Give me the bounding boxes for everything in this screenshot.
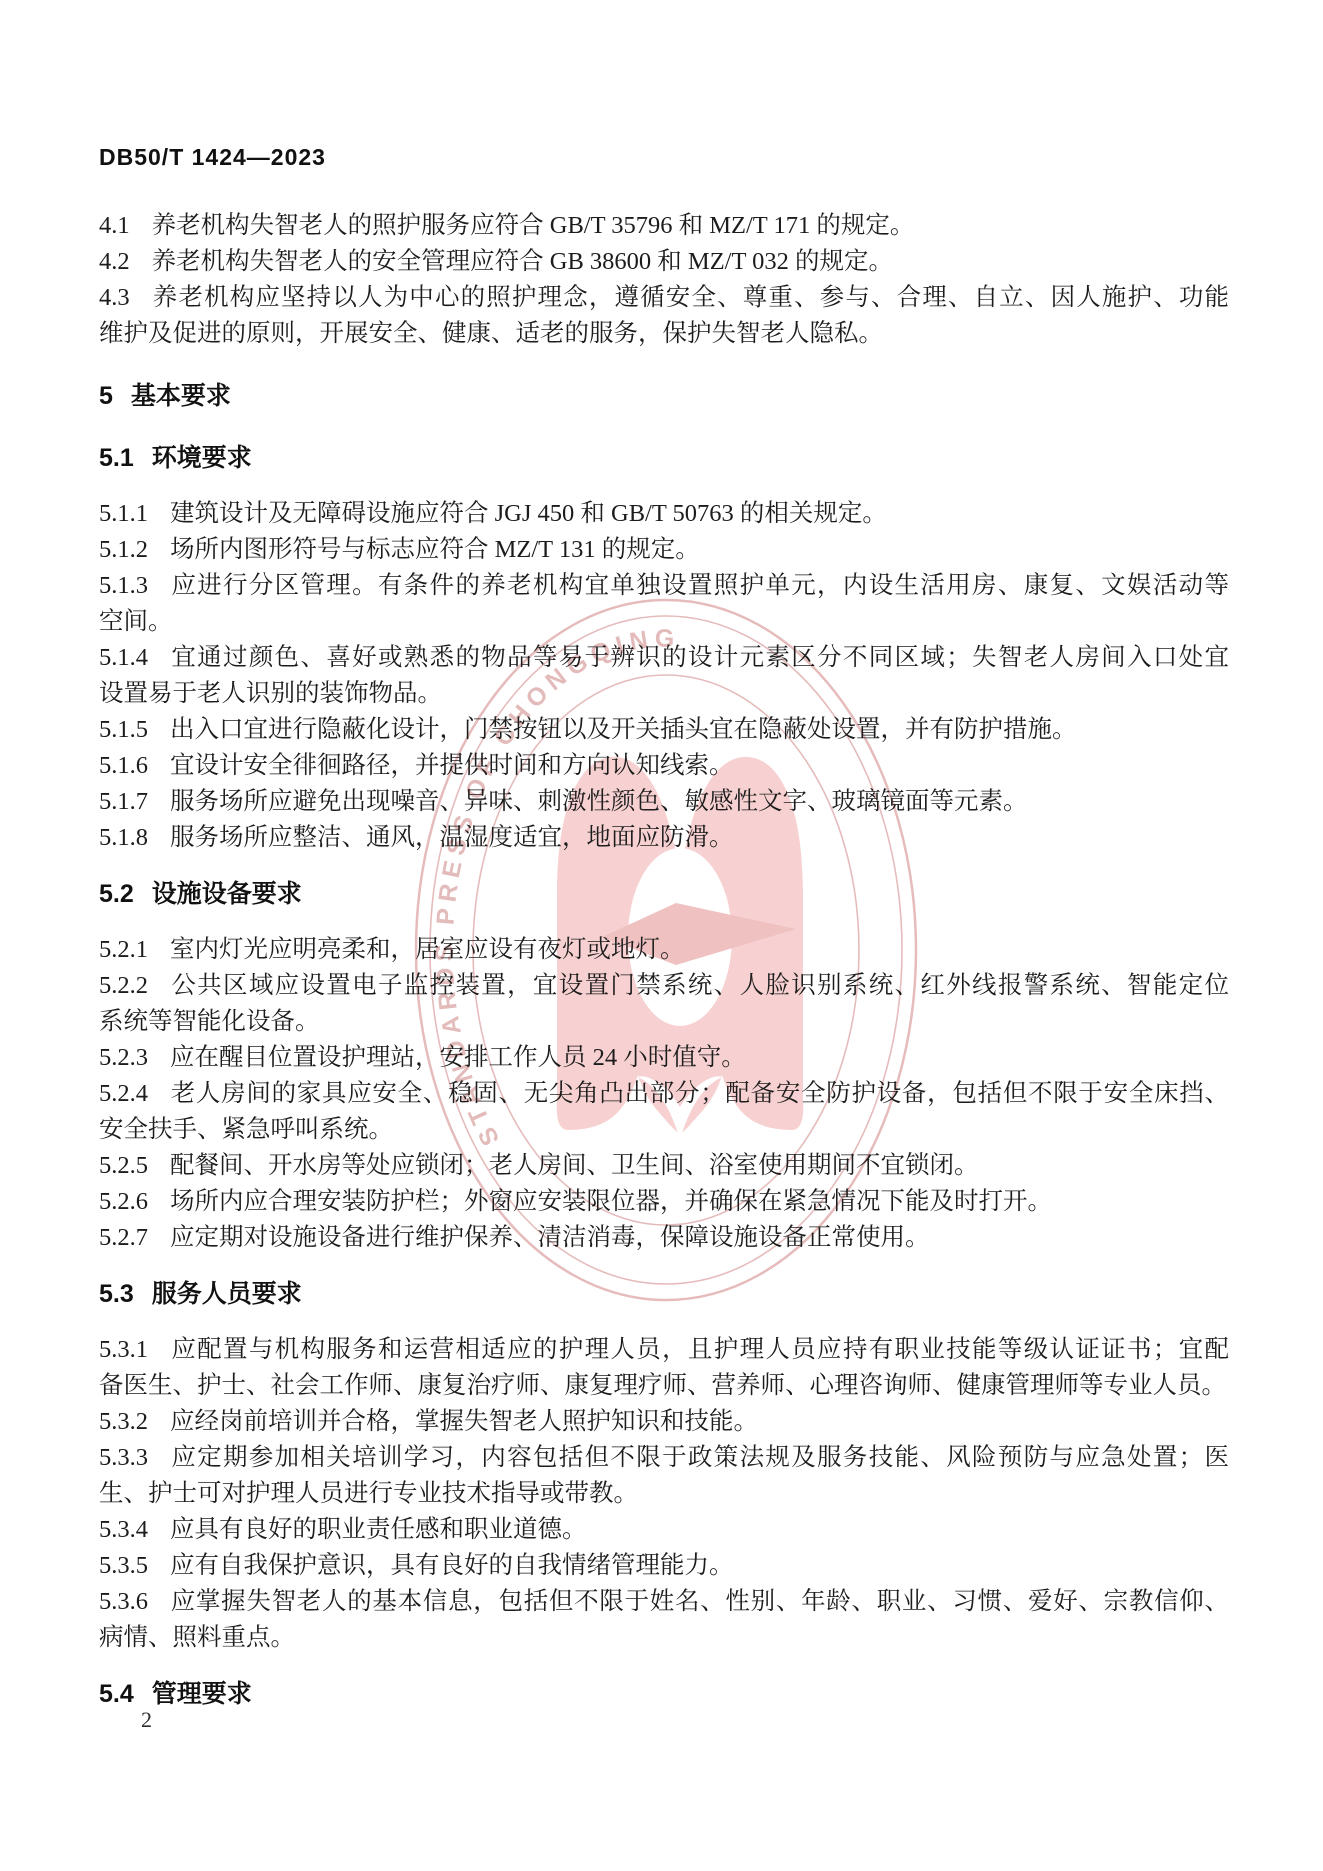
- clause-line: 生、护士可对护理人员进行专业技术指导或带教。: [99, 1476, 1229, 1512]
- section-heading: 5.1环境要求: [99, 440, 1229, 476]
- clause-text: 室内灯光应明亮柔和，居室应设有夜灯或地灯。: [170, 936, 685, 963]
- heading-title: 环境要求: [152, 444, 252, 472]
- heading-title: 设施设备要求: [152, 880, 302, 908]
- clause-text: 应有自我保护意识，具有良好的自我情绪管理能力。: [170, 1552, 734, 1579]
- clause-text: 应定期参加相关培训学习，内容包括但不限于政策法规及服务技能、风险预防与应急处置；…: [170, 1444, 1229, 1471]
- heading-title: 服务人员要求: [152, 1280, 302, 1308]
- clause-text: 维护及促进的原则，开展安全、健康、适老的服务，保护失智老人隐私。: [99, 320, 883, 347]
- clause-number: 5.3.1: [99, 1336, 148, 1363]
- heading-number: 5.4: [99, 1680, 134, 1708]
- clause-number: 4.2: [99, 248, 130, 275]
- clause-text: 应配置与机构服务和运营相适应的护理人员，且护理人员应持有职业技能等级认证证书；宜…: [170, 1336, 1229, 1363]
- clause-line: 5.3.5应有自我保护意识，具有良好的自我情绪管理能力。: [99, 1548, 1229, 1584]
- heading-number: 5.3: [99, 1280, 134, 1308]
- clause-line: 5.3.2应经岗前培训并合格，掌握失智老人照护知识和技能。: [99, 1404, 1229, 1440]
- clause-line: 4.1养老机构失智老人的照护服务应符合 GB/T 35796 和 MZ/T 17…: [99, 208, 1229, 244]
- clause-line: 5.1.2场所内图形符号与标志应符合 MZ/T 131 的规定。: [99, 532, 1229, 568]
- clause-text: 应在醒目位置设护理站，安排工作人员 24 小时值守。: [170, 1044, 746, 1071]
- clause-text: 病情、照料重点。: [99, 1624, 295, 1651]
- clause-text: 服务场所应避免出现噪音、异味、刺激性颜色、敏感性文字、玻璃镜面等元素。: [170, 788, 1028, 815]
- clause-line: 5.1.5出入口宜进行隐蔽化设计，门禁按钮以及开关插头宜在隐蔽处设置，并有防护措…: [99, 712, 1229, 748]
- clause-line: 5.2.1室内灯光应明亮柔和，居室应设有夜灯或地灯。: [99, 932, 1229, 968]
- clause-line: 4.2养老机构失智老人的安全管理应符合 GB 38600 和 MZ/T 032 …: [99, 244, 1229, 280]
- heading-number: 5.2: [99, 880, 134, 908]
- section-heading: 5.4管理要求: [99, 1676, 1229, 1712]
- clause-line: 5.2.5配餐间、开水房等处应锁闭；老人房间、卫生间、浴室使用期间不宜锁闭。: [99, 1148, 1229, 1184]
- heading-title: 基本要求: [131, 382, 231, 410]
- clause-text: 场所内应合理安装防护栏；外窗应安装限位器，并确保在紧急情况下能及时打开。: [170, 1188, 1052, 1215]
- clause-text: 养老机构失智老人的照护服务应符合 GB/T 35796 和 MZ/T 171 的…: [152, 212, 915, 239]
- clause-line: 5.2.2公共区域应设置电子监控装置，宜设置门禁系统、人脸识别系统、红外线报警系…: [99, 968, 1229, 1004]
- clause-number: 5.2.4: [99, 1080, 148, 1107]
- clause-line: 5.1.8服务场所应整洁、通风，温湿度适宜，地面应防滑。: [99, 820, 1229, 856]
- clause-text: 应掌握失智老人的基本信息，包括但不限于姓名、性别、年龄、职业、习惯、爱好、宗教信…: [170, 1588, 1229, 1615]
- clause-number: 5.2.3: [99, 1044, 148, 1071]
- clause-text: 建筑设计及无障碍设施应符合 JGJ 450 和 GB/T 50763 的相关规定…: [170, 500, 887, 527]
- standard-number-header: DB50/T 1424—2023: [99, 144, 326, 171]
- clause-text: 应定期对设施设备进行维护保养、清洁消毒，保障设施设备正常使用。: [170, 1224, 930, 1251]
- clause-text: 养老机构应坚持以人为中心的照护理念，遵循安全、尊重、参与、合理、自立、因人施护、…: [152, 284, 1229, 311]
- clause-number: 4.3: [99, 284, 130, 311]
- clause-text: 服务场所应整洁、通风，温湿度适宜，地面应防滑。: [170, 824, 734, 851]
- clause-number: 5.1.4: [99, 644, 148, 671]
- clause-text: 宜设计安全徘徊路径，并提供时间和方向认知线索。: [170, 752, 734, 779]
- clause-text: 场所内图形符号与标志应符合 MZ/T 131 的规定。: [170, 536, 700, 563]
- clause-number: 5.1.6: [99, 752, 148, 779]
- clause-line: 5.3.3应定期参加相关培训学习，内容包括但不限于政策法规及服务技能、风险预防与…: [99, 1440, 1229, 1476]
- clause-number: 5.1.8: [99, 824, 148, 851]
- clause-number: 4.1: [99, 212, 130, 239]
- clause-number: 5.2.1: [99, 936, 148, 963]
- clause-line: 5.2.4老人房间的家具应安全、稳固、无尖角凸出部分；配备安全防护设备，包括但不…: [99, 1076, 1229, 1112]
- clause-number: 5.3.2: [99, 1408, 148, 1435]
- clause-number: 5.2.2: [99, 972, 148, 999]
- clause-text: 应具有良好的职业责任感和职业道德。: [170, 1516, 587, 1543]
- clause-line: 系统等智能化设备。: [99, 1004, 1229, 1040]
- clause-text: 设置易于老人识别的装饰物品。: [99, 680, 442, 707]
- heading-number: 5: [99, 382, 113, 410]
- heading-title: 管理要求: [152, 1680, 252, 1708]
- clause-line: 5.2.3应在醒目位置设护理站，安排工作人员 24 小时值守。: [99, 1040, 1229, 1076]
- clause-number: 5.3.3: [99, 1444, 148, 1471]
- clause-line: 空间。: [99, 604, 1229, 640]
- clause-line: 5.1.7服务场所应避免出现噪音、异味、刺激性颜色、敏感性文字、玻璃镜面等元素。: [99, 784, 1229, 820]
- clause-line: 维护及促进的原则，开展安全、健康、适老的服务，保护失智老人隐私。: [99, 316, 1229, 352]
- clause-line: 5.3.1应配置与机构服务和运营相适应的护理人员，且护理人员应持有职业技能等级认…: [99, 1332, 1229, 1368]
- document-body: 4.1养老机构失智老人的照护服务应符合 GB/T 35796 和 MZ/T 17…: [99, 208, 1229, 1732]
- clause-number: 5.2.5: [99, 1152, 148, 1179]
- clause-line: 4.3养老机构应坚持以人为中心的照护理念，遵循安全、尊重、参与、合理、自立、因人…: [99, 280, 1229, 316]
- clause-text: 备医生、护士、社会工作师、康复治疗师、康复理疗师、营养师、心理咨询师、健康管理师…: [99, 1372, 1226, 1399]
- clause-number: 5.3.6: [99, 1588, 148, 1615]
- document-page: STANDARDS PRESS OF CHONGQING DB50/T 1424…: [0, 0, 1323, 1871]
- clause-text: 空间。: [99, 608, 173, 635]
- clause-text: 安全扶手、紧急呼叫系统。: [99, 1116, 393, 1143]
- clause-line: 5.1.6宜设计安全徘徊路径，并提供时间和方向认知线索。: [99, 748, 1229, 784]
- section-heading: 5.2设施设备要求: [99, 876, 1229, 912]
- clause-text: 养老机构失智老人的安全管理应符合 GB 38600 和 MZ/T 032 的规定…: [152, 248, 893, 275]
- clause-text: 老人房间的家具应安全、稳固、无尖角凸出部分；配备安全防护设备，包括但不限于安全床…: [170, 1080, 1229, 1107]
- clause-text: 宜通过颜色、喜好或熟悉的物品等易于辨识的设计元素区分不同区域；失智老人房间入口处…: [170, 644, 1229, 671]
- clause-number: 5.2.6: [99, 1188, 148, 1215]
- clause-text: 公共区域应设置电子监控装置，宜设置门禁系统、人脸识别系统、红外线报警系统、智能定…: [170, 972, 1229, 999]
- clause-line: 病情、照料重点。: [99, 1620, 1229, 1656]
- clause-text: 配餐间、开水房等处应锁闭；老人房间、卫生间、浴室使用期间不宜锁闭。: [170, 1152, 979, 1179]
- clause-text: 应经岗前培训并合格，掌握失智老人照护知识和技能。: [170, 1408, 758, 1435]
- section-heading: 5.3服务人员要求: [99, 1276, 1229, 1312]
- section-heading: 5基本要求: [99, 378, 1229, 414]
- clause-line: 5.2.6场所内应合理安装防护栏；外窗应安装限位器，并确保在紧急情况下能及时打开…: [99, 1184, 1229, 1220]
- clause-number: 5.3.5: [99, 1552, 148, 1579]
- clause-text: 应进行分区管理。有条件的养老机构宜单独设置照护单元，内设生活用房、康复、文娱活动…: [170, 572, 1229, 599]
- clause-line: 5.1.3应进行分区管理。有条件的养老机构宜单独设置照护单元，内设生活用房、康复…: [99, 568, 1229, 604]
- clause-number: 5.2.7: [99, 1224, 148, 1251]
- clause-number: 5.3.4: [99, 1516, 148, 1543]
- clause-line: 备医生、护士、社会工作师、康复治疗师、康复理疗师、营养师、心理咨询师、健康管理师…: [99, 1368, 1229, 1404]
- clause-line: 5.3.4应具有良好的职业责任感和职业道德。: [99, 1512, 1229, 1548]
- clause-line: 5.2.7应定期对设施设备进行维护保养、清洁消毒，保障设施设备正常使用。: [99, 1220, 1229, 1256]
- heading-number: 5.1: [99, 444, 134, 472]
- clause-number: 5.1.2: [99, 536, 148, 563]
- clause-text: 出入口宜进行隐蔽化设计，门禁按钮以及开关插头宜在隐蔽处设置，并有防护措施。: [170, 716, 1077, 743]
- page-number: 2: [141, 1705, 152, 1735]
- clause-number: 5.1.1: [99, 500, 148, 527]
- clause-text: 生、护士可对护理人员进行专业技术指导或带教。: [99, 1480, 638, 1507]
- clause-line: 5.3.6应掌握失智老人的基本信息，包括但不限于姓名、性别、年龄、职业、习惯、爱…: [99, 1584, 1229, 1620]
- clause-number: 5.1.5: [99, 716, 148, 743]
- clause-line: 设置易于老人识别的装饰物品。: [99, 676, 1229, 712]
- clause-line: 5.1.4宜通过颜色、喜好或熟悉的物品等易于辨识的设计元素区分不同区域；失智老人…: [99, 640, 1229, 676]
- clause-line: 安全扶手、紧急呼叫系统。: [99, 1112, 1229, 1148]
- clause-text: 系统等智能化设备。: [99, 1008, 320, 1035]
- clause-number: 5.1.3: [99, 572, 148, 599]
- clause-line: 5.1.1建筑设计及无障碍设施应符合 JGJ 450 和 GB/T 50763 …: [99, 496, 1229, 532]
- clause-number: 5.1.7: [99, 788, 148, 815]
